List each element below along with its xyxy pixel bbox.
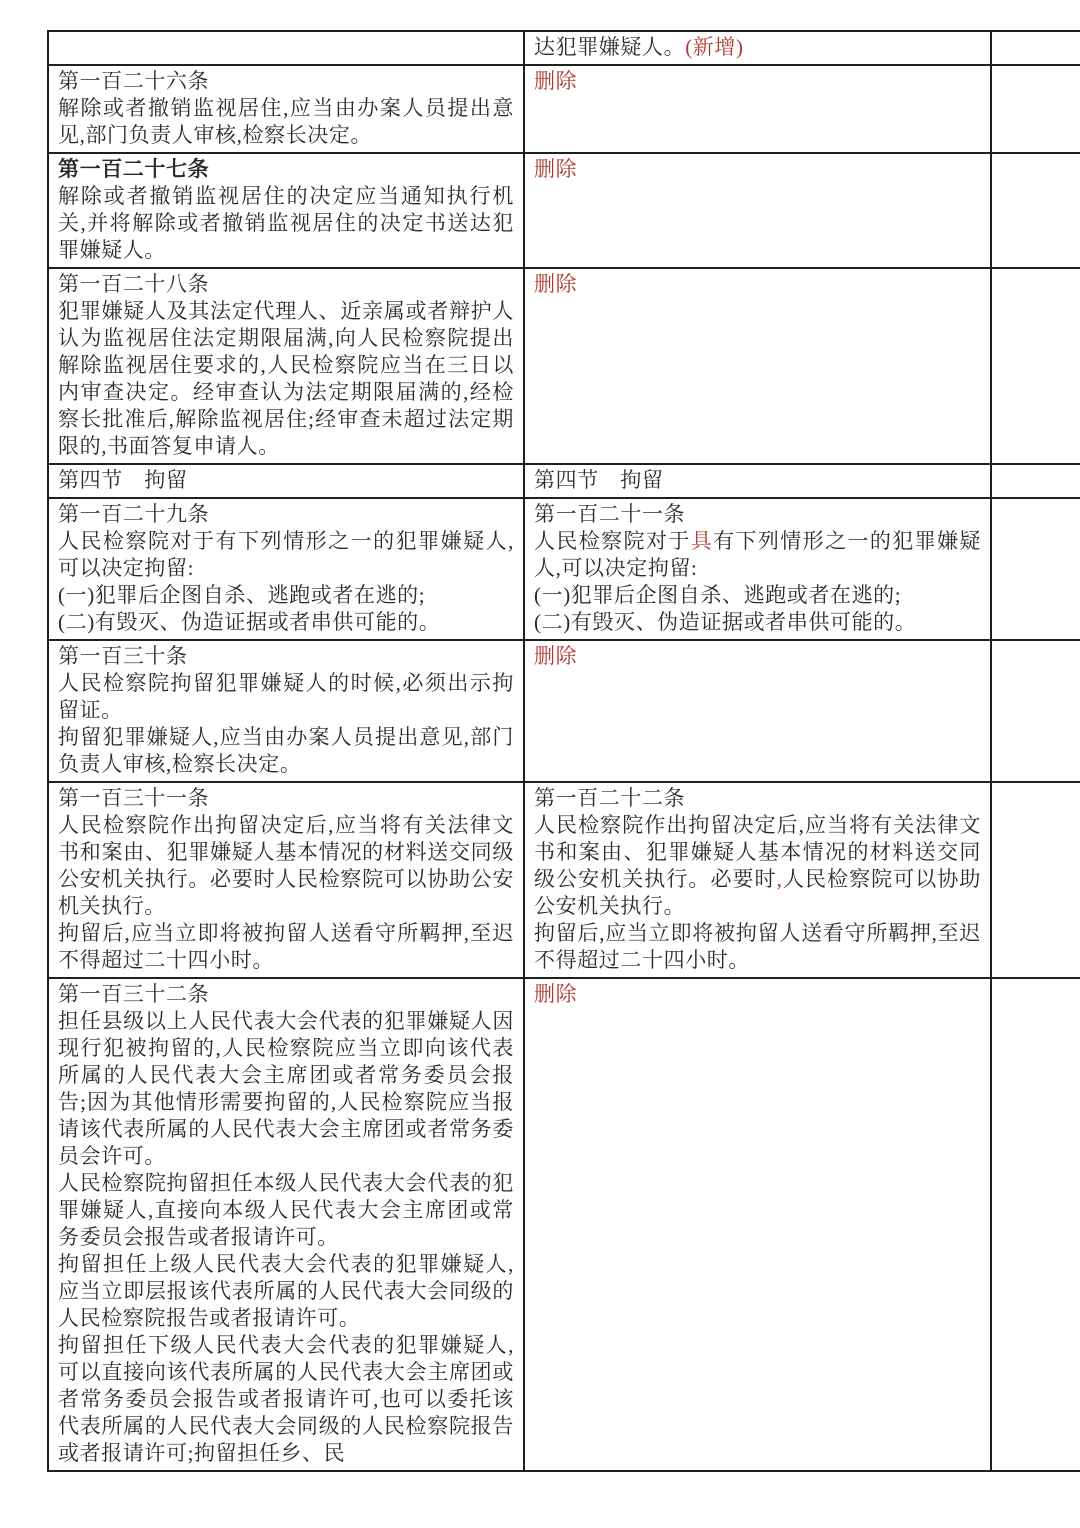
- old-provision-cell: 第一百二十六条解除或者撤销监视居住,应当由办案人员提出意见,部门负责人审核,检察…: [48, 65, 524, 153]
- provision-text: 人民检察院对于有下列情形之一的犯罪嫌疑人,可以决定拘留:: [58, 529, 514, 580]
- table-row: 第一百二十九条人民检察院对于有下列情形之一的犯罪嫌疑人,可以决定拘留:(一)犯罪…: [48, 498, 1080, 640]
- old-provision-cell: 第一百二十七条解除或者撤销监视居住的决定应当通知执行机关,并将解除或者撤销监视居…: [48, 153, 524, 268]
- provision-paragraph: 达犯罪嫌疑人。(新增): [534, 34, 981, 61]
- provision-text: 拘留后,应当立即将被拘留人送看守所羁押,至迟不得超过二十四小时。: [58, 921, 514, 972]
- provision-paragraph: 拘留担任上级人民代表大会代表的犯罪嫌疑人,应当立即层报该代表所属的人民代表大会同…: [58, 1251, 514, 1332]
- table-row: 第一百三十条人民检察院拘留犯罪嫌疑人的时候,必须出示拘留证。拘留犯罪嫌疑人,应当…: [48, 640, 1080, 782]
- remark-cell: [991, 65, 1080, 153]
- remark-cell: [991, 153, 1080, 268]
- comparison-table-body: 达犯罪嫌疑人。(新增)第一百二十六条解除或者撤销监视居住,应当由办案人员提出意见…: [48, 31, 1080, 1471]
- provision-paragraph: 第一百三十二条: [58, 981, 514, 1008]
- revision-mark-text: 删除: [534, 272, 577, 296]
- provision-paragraph: 第一百三十条: [58, 643, 514, 670]
- new-provision-cell: 删除: [524, 65, 991, 153]
- provision-text: 第一百二十九条: [58, 502, 209, 526]
- provision-paragraph: 人民检察院拘留担任本级人民代表大会代表的犯罪嫌疑人,直接向本级人民代表大会主席团…: [58, 1170, 514, 1251]
- provision-paragraph: (二)有毁灭、伪造证据或者串供可能的。: [58, 609, 514, 636]
- provision-text: (一)犯罪后企图自杀、逃跑或者在逃的;: [534, 583, 901, 607]
- new-provision-cell: 删除: [524, 640, 991, 782]
- provision-text: 拘留担任下级人民代表大会代表的犯罪嫌疑人,可以直接向该代表所属的人民代表大会主席…: [58, 1333, 514, 1465]
- provision-paragraph: 人民检察院对于有下列情形之一的犯罪嫌疑人,可以决定拘留:: [58, 528, 514, 582]
- provision-paragraph: 人民检察院作出拘留决定后,应当将有关法律文书和案由、犯罪嫌疑人基本情况的材料送交…: [58, 812, 514, 920]
- table-row: 第四节 拘留第四节 拘留: [48, 464, 1080, 498]
- provision-paragraph: 第一百二十六条: [58, 68, 514, 95]
- table-row: 第一百二十六条解除或者撤销监视居住,应当由办案人员提出意见,部门负责人审核,检察…: [48, 65, 1080, 153]
- provision-paragraph: 拘留犯罪嫌疑人,应当由办案人员提出意见,部门负责人审核,检察长决定。: [58, 724, 514, 778]
- table-row: 第一百三十二条担任县级以上人民代表大会代表的犯罪嫌疑人因现行犯被拘留的,人民检察…: [48, 978, 1080, 1471]
- provision-paragraph: (一)犯罪后企图自杀、逃跑或者在逃的;: [58, 582, 514, 609]
- provision-paragraph: 人民检察院对于具有下列情形之一的犯罪嫌疑人,可以决定拘留:: [534, 528, 981, 582]
- provision-text: 达犯罪嫌疑人。: [534, 35, 685, 59]
- old-provision-cell: [48, 31, 524, 65]
- provision-paragraph: 担任县级以上人民代表大会代表的犯罪嫌疑人因现行犯被拘留的,人民检察院应当立即向该…: [58, 1008, 514, 1170]
- remark-cell: [991, 782, 1080, 978]
- revision-comparison-table: 达犯罪嫌疑人。(新增)第一百二十六条解除或者撤销监视居住,应当由办案人员提出意见…: [47, 30, 1080, 1472]
- provision-text: 第一百二十二条: [534, 786, 685, 810]
- table-row: 达犯罪嫌疑人。(新增): [48, 31, 1080, 65]
- provision-text: 拘留后,应当立即将被拘留人送看守所羁押,至迟不得超过二十四小时。: [534, 921, 981, 972]
- revision-mark-text: (新增): [685, 35, 743, 59]
- remark-cell: [991, 978, 1080, 1471]
- provision-text: 人民检察院作出拘留决定后,应当将有关法律文书和案由、犯罪嫌疑人基本情况的材料送交…: [58, 813, 514, 918]
- provision-text: 第一百二十八条: [58, 272, 209, 296]
- provision-text: 第一百二十一条: [534, 502, 685, 526]
- new-provision-cell: 第一百二十一条人民检察院对于具有下列情形之一的犯罪嫌疑人,可以决定拘留:(一)犯…: [524, 498, 991, 640]
- provision-text: 犯罪嫌疑人及其法定代理人、近亲属或者辩护人认为监视居住法定期限届满,向人民检察院…: [58, 299, 514, 458]
- old-provision-cell: 第一百二十九条人民检察院对于有下列情形之一的犯罪嫌疑人,可以决定拘留:(一)犯罪…: [48, 498, 524, 640]
- provision-paragraph: (一)犯罪后企图自杀、逃跑或者在逃的;: [534, 582, 981, 609]
- provision-paragraph: 删除: [534, 271, 981, 298]
- provision-text: 解除或者撤销监视居住的决定应当通知执行机关,并将解除或者撤销监视居住的决定书送达…: [58, 184, 514, 262]
- revision-mark-text: 删除: [534, 157, 577, 181]
- provision-paragraph: 删除: [534, 981, 981, 1008]
- provision-text: 拘留担任上级人民代表大会代表的犯罪嫌疑人,应当立即层报该代表所属的人民代表大会同…: [58, 1252, 514, 1330]
- provision-paragraph: 解除或者撤销监视居住,应当由办案人员提出意见,部门负责人审核,检察长决定。: [58, 95, 514, 149]
- provision-paragraph: (二)有毁灭、伪造证据或者串供可能的。: [534, 609, 981, 636]
- table-row: 第一百三十一条人民检察院作出拘留决定后,应当将有关法律文书和案由、犯罪嫌疑人基本…: [48, 782, 1080, 978]
- table-row: 第一百二十七条解除或者撤销监视居住的决定应当通知执行机关,并将解除或者撤销监视居…: [48, 153, 1080, 268]
- new-provision-cell: 删除: [524, 978, 991, 1471]
- provision-text: 第一百三十条: [58, 644, 188, 668]
- new-provision-cell: 删除: [524, 268, 991, 464]
- remark-cell: [991, 640, 1080, 782]
- new-provision-cell: 删除: [524, 153, 991, 268]
- revision-mark-text: 删除: [534, 644, 577, 668]
- provision-paragraph: 第四节 拘留: [58, 467, 514, 494]
- provision-text: 第一百三十一条: [58, 786, 209, 810]
- provision-paragraph: 第四节 拘留: [534, 467, 981, 494]
- provision-text: 人民检察院对于: [534, 529, 691, 553]
- remark-cell: [991, 498, 1080, 640]
- table-row: 第一百二十八条犯罪嫌疑人及其法定代理人、近亲属或者辩护人认为监视居住法定期限届满…: [48, 268, 1080, 464]
- provision-paragraph: 人民检察院拘留犯罪嫌疑人的时候,必须出示拘留证。: [58, 670, 514, 724]
- provision-paragraph: 第一百二十八条: [58, 271, 514, 298]
- old-provision-cell: 第一百三十一条人民检察院作出拘留决定后,应当将有关法律文书和案由、犯罪嫌疑人基本…: [48, 782, 524, 978]
- provision-paragraph: 第一百三十一条: [58, 785, 514, 812]
- provision-paragraph: 删除: [534, 68, 981, 95]
- provision-paragraph: 解除或者撤销监视居住的决定应当通知执行机关,并将解除或者撤销监视居住的决定书送达…: [58, 183, 514, 264]
- provision-text: 人民检察院拘留担任本级人民代表大会代表的犯罪嫌疑人,直接向本级人民代表大会主席团…: [58, 1171, 514, 1249]
- provision-paragraph: 拘留担任下级人民代表大会代表的犯罪嫌疑人,可以直接向该代表所属的人民代表大会主席…: [58, 1332, 514, 1467]
- provision-text: 解除或者撤销监视居住,应当由办案人员提出意见,部门负责人审核,检察长决定。: [58, 96, 514, 147]
- provision-paragraph: 第一百二十七条: [58, 156, 514, 183]
- revision-mark-text: 具: [691, 529, 713, 553]
- old-provision-cell: 第四节 拘留: [48, 464, 524, 498]
- provision-text: (一)犯罪后企图自杀、逃跑或者在逃的;: [58, 583, 425, 607]
- revision-mark-text: 删除: [534, 69, 577, 93]
- old-provision-cell: 第一百三十条人民检察院拘留犯罪嫌疑人的时候,必须出示拘留证。拘留犯罪嫌疑人,应当…: [48, 640, 524, 782]
- provision-text: 人民检察院拘留犯罪嫌疑人的时候,必须出示拘留证。: [58, 671, 514, 722]
- provision-text: 拘留犯罪嫌疑人,应当由办案人员提出意见,部门负责人审核,检察长决定。: [58, 725, 514, 776]
- revision-mark-text: 删除: [534, 982, 577, 1006]
- new-provision-cell: 第四节 拘留: [524, 464, 991, 498]
- provision-paragraph: 第一百二十九条: [58, 501, 514, 528]
- new-provision-cell: 第一百二十二条人民检察院作出拘留决定后,应当将有关法律文书和案由、犯罪嫌疑人基本…: [524, 782, 991, 978]
- new-provision-cell: 达犯罪嫌疑人。(新增): [524, 31, 991, 65]
- provision-text: (二)有毁灭、伪造证据或者串供可能的。: [534, 610, 916, 634]
- provision-paragraph: 删除: [534, 156, 981, 183]
- remark-cell: [991, 464, 1080, 498]
- old-provision-cell: 第一百二十八条犯罪嫌疑人及其法定代理人、近亲属或者辩护人认为监视居住法定期限届满…: [48, 268, 524, 464]
- provision-paragraph: 第一百二十一条: [534, 501, 981, 528]
- provision-text: 第一百三十二条: [58, 982, 209, 1006]
- scanned-document-page: 达犯罪嫌疑人。(新增)第一百二十六条解除或者撤销监视居住,应当由办案人员提出意见…: [47, 30, 1033, 1472]
- remark-cell: [991, 31, 1080, 65]
- provision-text: 第一百二十六条: [58, 69, 209, 93]
- provision-paragraph: 删除: [534, 643, 981, 670]
- provision-paragraph: 第一百二十二条: [534, 785, 981, 812]
- old-provision-cell: 第一百三十二条担任县级以上人民代表大会代表的犯罪嫌疑人因现行犯被拘留的,人民检察…: [48, 978, 524, 1471]
- provision-text: 第四节 拘留: [58, 468, 188, 492]
- provision-text: 第一百二十七条: [58, 157, 209, 181]
- provision-text: 担任县级以上人民代表大会代表的犯罪嫌疑人因现行犯被拘留的,人民检察院应当立即向该…: [58, 1009, 514, 1168]
- remark-cell: [991, 268, 1080, 464]
- provision-text: (二)有毁灭、伪造证据或者串供可能的。: [58, 610, 440, 634]
- provision-paragraph: 人民检察院作出拘留决定后,应当将有关法律文书和案由、犯罪嫌疑人基本情况的材料送交…: [534, 812, 981, 920]
- provision-paragraph: 拘留后,应当立即将被拘留人送看守所羁押,至迟不得超过二十四小时。: [534, 920, 981, 974]
- provision-text: 第四节 拘留: [534, 468, 664, 492]
- provision-paragraph: 犯罪嫌疑人及其法定代理人、近亲属或者辩护人认为监视居住法定期限届满,向人民检察院…: [58, 298, 514, 460]
- provision-paragraph: 拘留后,应当立即将被拘留人送看守所羁押,至迟不得超过二十四小时。: [58, 920, 514, 974]
